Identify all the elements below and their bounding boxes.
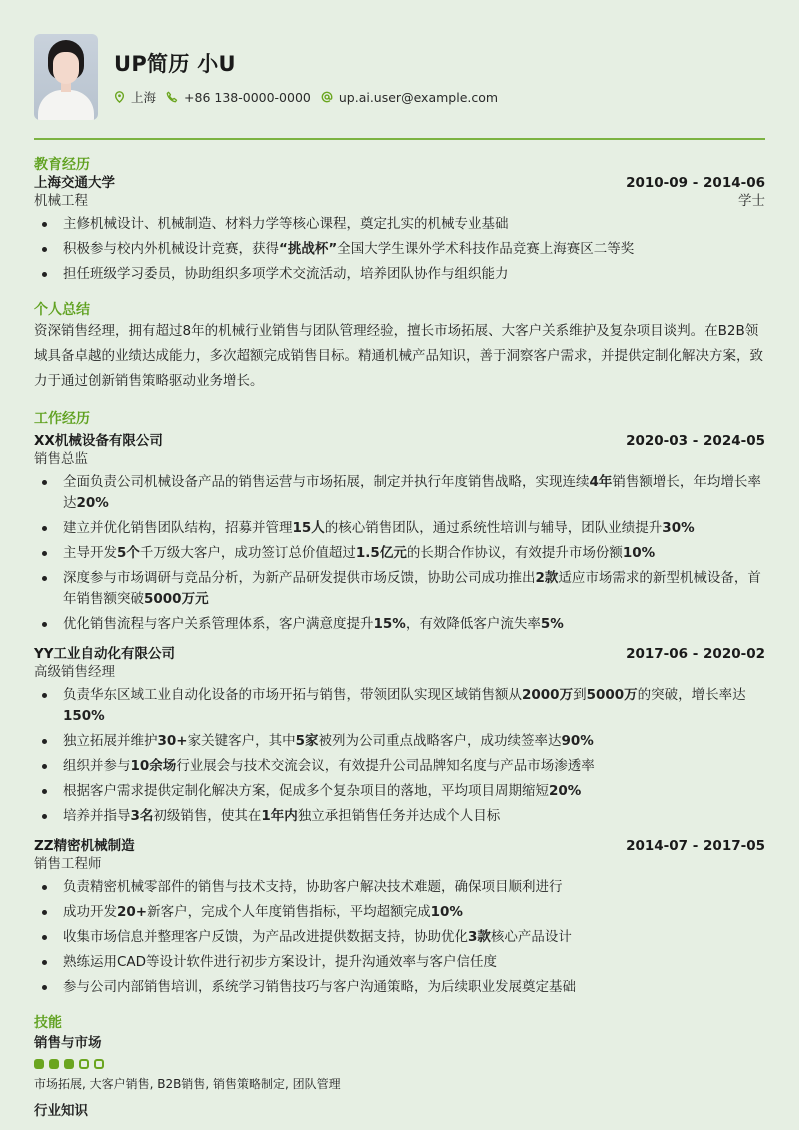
education-date: 2010-09 - 2014-06 (626, 174, 765, 192)
resume-page: UP简历 小U 上海 +86 138-0000-0000 up.ai.user@… (0, 0, 799, 1120)
skill-entry: 销售与市场 市场拓展, 大客户销售, B2B销售, 销售策略制定, 团队管理 (34, 1034, 765, 1092)
bullet-item: 组织并参与10余场行业展会与技术交流会议，有效提升公司品牌知名度与产品市场渗透率 (34, 756, 765, 777)
job-date: 2017-06 - 2020-02 (626, 645, 765, 663)
company-name: YY工业自动化有限公司 (34, 645, 175, 663)
job-bullets: 负责华东区域工业自动化设备的市场开拓与销售，带领团队实现区域销售额从2000万到… (34, 685, 765, 827)
section-title-summary: 个人总结 (34, 301, 765, 319)
contact-email: up.ai.user@example.com (321, 90, 498, 105)
job-role: 销售工程师 (34, 855, 765, 873)
level-dot-filled (64, 1059, 74, 1069)
major: 机械工程 (34, 192, 88, 210)
job-entry: YY工业自动化有限公司 2017-06 - 2020-02 高级销售经理 负责华… (34, 645, 765, 827)
bullet-item: 优化销售流程与客户关系管理体系，客户满意度提升15%，有效降低客户流失率5% (34, 614, 765, 635)
summary-text: 资深销售经理，拥有超过8年的机械行业销售与团队管理经验，擅长市场拓展、大客户关系… (34, 319, 765, 394)
phone-text: +86 138-0000-0000 (184, 90, 311, 105)
section-title-education: 教育经历 (34, 156, 765, 174)
email-text: up.ai.user@example.com (339, 90, 498, 105)
bullet-item: 根据客户需求提供定制化解决方案，促成多个复杂项目的落地，平均项目周期缩短20% (34, 781, 765, 802)
contact-location: 上海 (114, 88, 156, 106)
bullet-item: 独立拓展并维护30+家关键客户，其中5家被列为公司重点战略客户，成功续签率达90… (34, 731, 765, 752)
job-entry: ZZ精密机械制造 2014-07 - 2017-05 销售工程师 负责精密机械零… (34, 837, 765, 998)
at-sign-icon (321, 91, 333, 103)
bullet-item: 培养并指导3名初级销售，使其在1年内独立承担销售任务并达成个人目标 (34, 806, 765, 827)
job-date: 2014-07 - 2017-05 (626, 837, 765, 855)
candidate-name: UP简历 小U (114, 48, 508, 78)
bullet-item: 负责精密机械零部件的销售与技术支持，协助客户解决技术难题，确保项目顺利进行 (34, 877, 765, 898)
phone-icon (166, 91, 178, 103)
contact-row: 上海 +86 138-0000-0000 up.ai.user@example.… (114, 88, 508, 106)
company-name: XX机械设备有限公司 (34, 432, 163, 450)
education-bullets: 主修机械设计、机械制造、材料力学等核心课程，奠定扎实的机械专业基础积极参与校内外… (34, 214, 765, 285)
resume-header: UP简历 小U 上海 +86 138-0000-0000 up.ai.user@… (34, 0, 765, 120)
degree: 学士 (738, 192, 765, 210)
bullet-item: 深度参与市场调研与竞品分析，为新产品研发提供市场反馈，协助公司成功推出2款适应市… (34, 568, 765, 610)
level-dot-empty (94, 1059, 104, 1069)
profile-photo (34, 34, 98, 120)
bullet-item: 建立并优化销售团队结构，招募并管理15人的核心销售团队，通过系统性培训与辅导，团… (34, 518, 765, 539)
skill-entry: 行业知识 (34, 1102, 765, 1120)
job-role: 销售总监 (34, 450, 765, 468)
level-dot-filled (49, 1059, 59, 1069)
job-bullets: 全面负责公司机械设备产品的销售运营与市场拓展，制定并执行年度销售战略，实现连续4… (34, 472, 765, 635)
school-name: 上海交通大学 (34, 174, 115, 192)
level-dot-filled (34, 1059, 44, 1069)
location-pin-icon (114, 91, 125, 103)
bullet-item: 熟练运用CAD等设计软件进行初步方案设计，提升沟通效率与客户信任度 (34, 952, 765, 973)
job-date: 2020-03 - 2024-05 (626, 432, 765, 450)
skill-level-dots (34, 1059, 765, 1069)
company-name: ZZ精密机械制造 (34, 837, 135, 855)
job-role: 高级销售经理 (34, 663, 765, 681)
job-entry: XX机械设备有限公司 2020-03 - 2024-05 销售总监 全面负责公司… (34, 432, 765, 635)
contact-phone: +86 138-0000-0000 (166, 90, 311, 105)
job-bullets: 负责精密机械零部件的销售与技术支持，协助客户解决技术难题，确保项目顺利进行成功开… (34, 877, 765, 998)
bullet-item: 全面负责公司机械设备产品的销售运营与市场拓展，制定并执行年度销售战略，实现连续4… (34, 472, 765, 514)
skill-name: 行业知识 (34, 1102, 765, 1120)
level-dot-empty (79, 1059, 89, 1069)
bullet-item: 主修机械设计、机械制造、材料力学等核心课程，奠定扎实的机械专业基础 (34, 214, 765, 235)
section-title-skills: 技能 (34, 1014, 765, 1032)
bullet-item: 积极参与校内外机械设计竞赛，获得“挑战杯”全国大学生课外学术科技作品竞赛上海赛区… (34, 239, 765, 260)
bullet-item: 参与公司内部销售培训，系统学习销售技巧与客户沟通策略，为后续职业发展奠定基础 (34, 977, 765, 998)
skill-tags: 市场拓展, 大客户销售, B2B销售, 销售策略制定, 团队管理 (34, 1076, 765, 1092)
bullet-item: 主导开发5个千万级大客户，成功签订总价值超过1.5亿元的长期合作协议，有效提升市… (34, 543, 765, 564)
skill-name: 销售与市场 (34, 1034, 765, 1052)
bullet-item: 负责华东区域工业自动化设备的市场开拓与销售，带领团队实现区域销售额从2000万到… (34, 685, 765, 727)
header-divider (34, 138, 765, 140)
location-text: 上海 (131, 88, 156, 106)
section-title-work: 工作经历 (34, 410, 765, 428)
bullet-item: 收集市场信息并整理客户反馈，为产品改进提供数据支持，协助优化3款核心产品设计 (34, 927, 765, 948)
bullet-item: 担任班级学习委员，协助组织多项学术交流活动，培养团队协作与组织能力 (34, 264, 765, 285)
bullet-item: 成功开发20+新客户，完成个人年度销售指标，平均超额完成10% (34, 902, 765, 923)
